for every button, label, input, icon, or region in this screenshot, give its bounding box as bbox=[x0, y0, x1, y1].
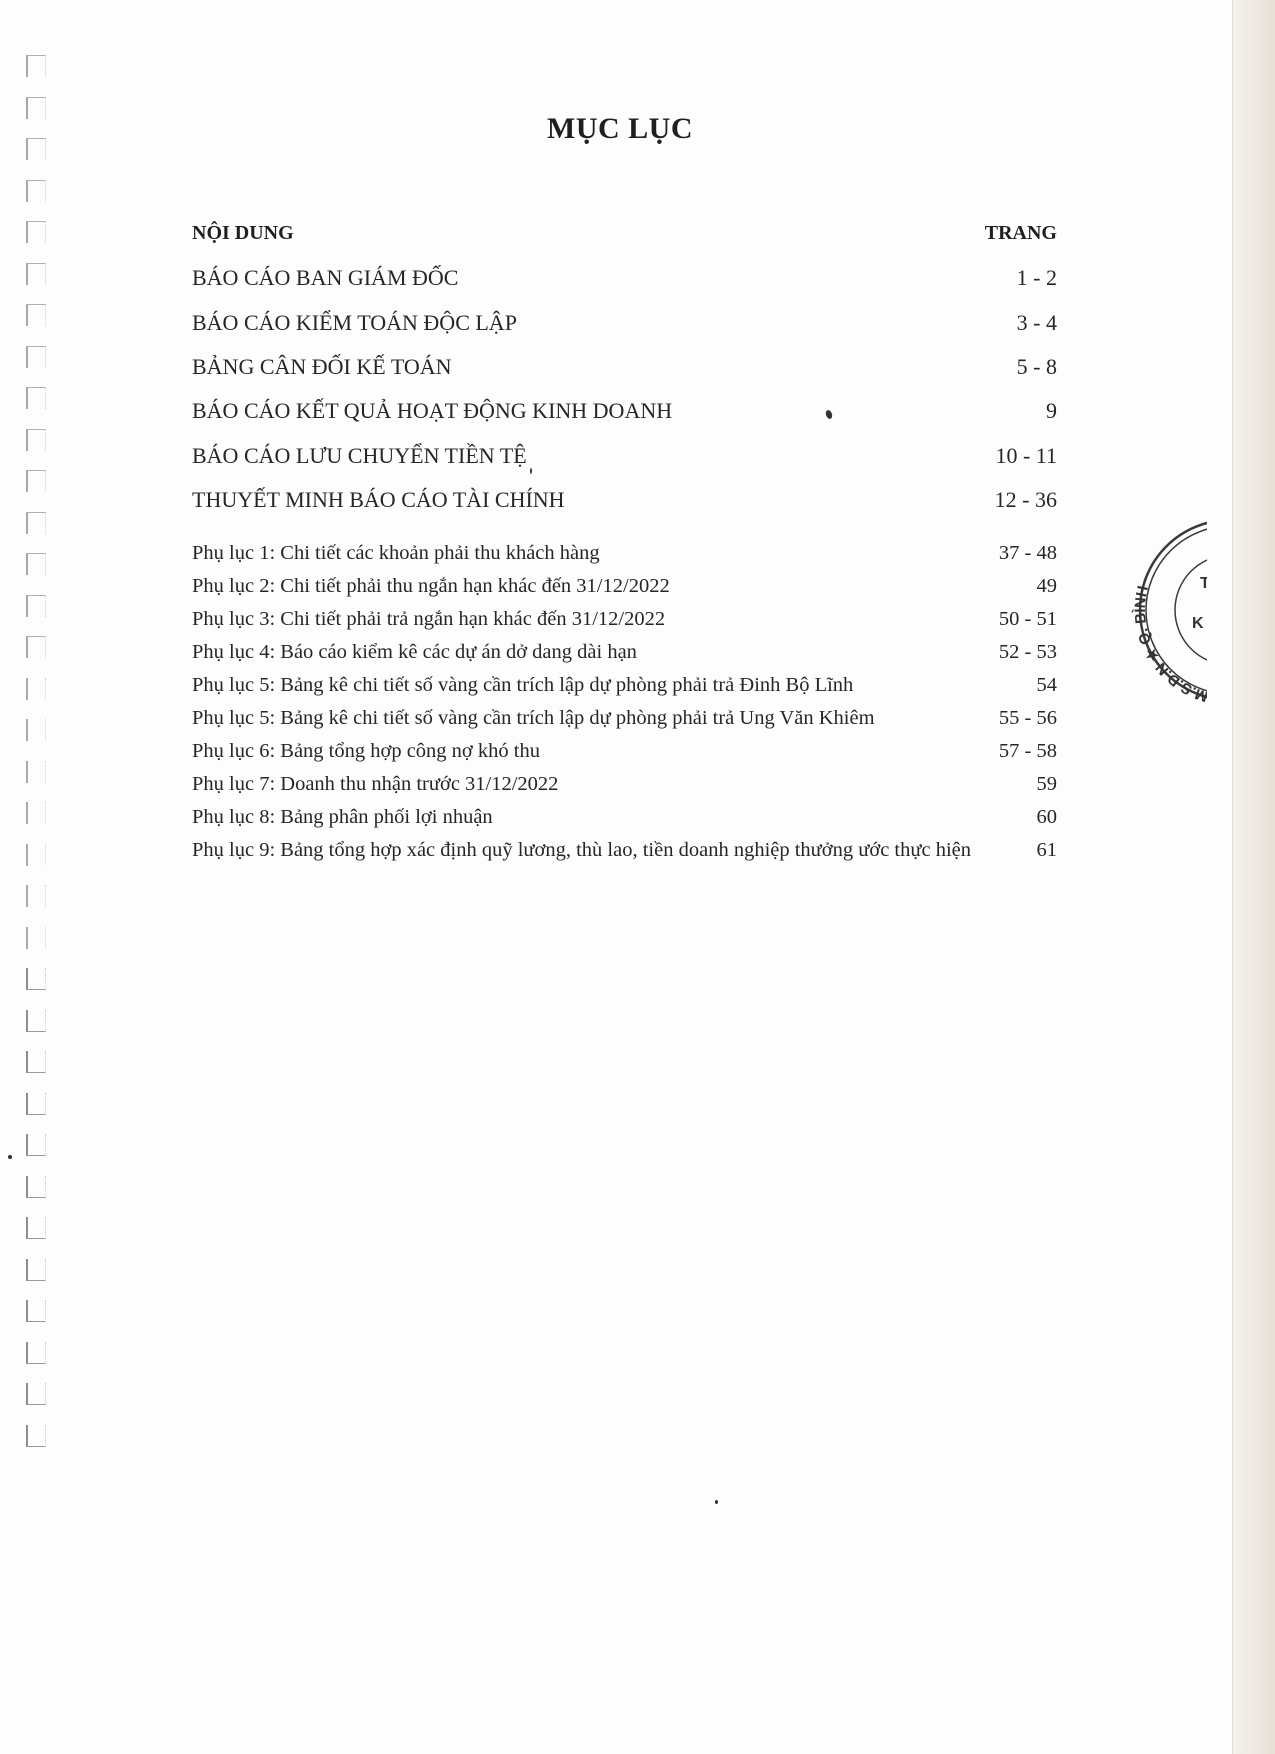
binding-hole-mark bbox=[26, 719, 46, 741]
page-title: MỤC LỤC bbox=[0, 112, 1240, 146]
toc-entry-pages: 49 bbox=[1037, 575, 1058, 598]
toc-entry-label: Phụ lục 1: Chi tiết các khoản phải thu k… bbox=[192, 542, 600, 565]
toc-entry-pages: 50 - 51 bbox=[999, 608, 1057, 631]
binding-hole-mark bbox=[26, 595, 46, 617]
binding-hole-mark bbox=[26, 1259, 46, 1281]
toc-entry-label: Phụ lục 4: Báo cáo kiểm kê các dự án dở … bbox=[192, 641, 637, 664]
binding-hole-mark bbox=[26, 1176, 46, 1198]
toc-entry-pages: 52 - 53 bbox=[999, 641, 1057, 664]
svg-text:M.S.D.N ★ Q. BÌNH: M.S.D.N ★ Q. BÌNH bbox=[1132, 584, 1207, 705]
toc-entry-label: Phụ lục 3: Chi tiết phải trả ngắn hạn kh… bbox=[192, 608, 665, 631]
toc-entry-pages: 10 - 11 bbox=[995, 443, 1057, 469]
toc-header: NỘI DUNG TRANG bbox=[192, 222, 1057, 245]
binding-hole-mark bbox=[26, 844, 46, 866]
content-column-label: NỘI DUNG bbox=[192, 222, 294, 245]
binding-hole-mark bbox=[26, 180, 46, 202]
toc-entry: Phụ lục 7: Doanh thu nhận trước 31/12/20… bbox=[192, 773, 1057, 796]
binding-hole-mark bbox=[26, 221, 46, 243]
toc-entry: THUYẾT MINH BÁO CÁO TÀI CHÍNH12 - 36 bbox=[192, 487, 1057, 513]
toc-entry: Phụ lục 8: Bảng phân phối lợi nhuận60 bbox=[192, 806, 1057, 829]
toc-entry: Phụ lục 5: Bảng kê chi tiết số vàng cần … bbox=[192, 674, 1057, 697]
toc-entry: BÁO CÁO BAN GIÁM ĐỐC1 - 2 bbox=[192, 265, 1057, 291]
toc-entry: Phụ lục 1: Chi tiết các khoản phải thu k… bbox=[192, 542, 1057, 565]
toc-entry-pages: 9 bbox=[1046, 398, 1057, 424]
toc-entry-label: Phụ lục 2: Chi tiết phải thu ngắn hạn kh… bbox=[192, 575, 670, 598]
toc-entry-label: Phụ lục 5: Bảng kê chi tiết số vàng cần … bbox=[192, 674, 853, 697]
toc-entry-label: BÁO CÁO KẾT QUẢ HOẠT ĐỘNG KINH DOANH bbox=[192, 398, 672, 424]
toc-entry: Phụ lục 9: Bảng tổng hợp xác định quỹ lư… bbox=[192, 839, 1057, 862]
toc-entry: Phụ lục 3: Chi tiết phải trả ngắn hạn kh… bbox=[192, 608, 1057, 631]
binding-hole-mark bbox=[26, 512, 46, 534]
page-column-label: TRANG bbox=[985, 222, 1057, 245]
toc-entry-pages: 3 - 4 bbox=[1017, 310, 1057, 336]
binding-hole-mark bbox=[26, 678, 46, 700]
binding-hole-mark bbox=[26, 1383, 46, 1405]
toc-entry: Phụ lục 4: Báo cáo kiểm kê các dự án dở … bbox=[192, 641, 1057, 664]
toc-entry-label: BÁO CÁO LƯU CHUYỂN TIỀN TỆ bbox=[192, 443, 527, 469]
toc-entry: BÁO CÁO KIỂM TOÁN ĐỘC LẬP3 - 4 bbox=[192, 310, 1057, 336]
binding-hole-mark bbox=[26, 470, 46, 492]
binding-hole-mark bbox=[26, 1342, 46, 1364]
toc-entry-pages: 60 bbox=[1037, 806, 1058, 829]
binding-hole-mark bbox=[26, 968, 46, 990]
binding-hole-mark bbox=[26, 1134, 46, 1156]
toc-entry: BÁO CÁO KẾT QUẢ HOẠT ĐỘNG KINH DOANH9 bbox=[192, 398, 1057, 424]
scan-edge-shadow bbox=[1232, 0, 1275, 1754]
stamp-seal-icon: M.S.D.N ★ Q. BÌNH T K bbox=[1130, 500, 1207, 720]
toc-entry: Phụ lục 5: Bảng kê chi tiết số vàng cần … bbox=[192, 707, 1057, 730]
binding-hole-mark bbox=[26, 802, 46, 824]
binding-hole-mark bbox=[26, 55, 46, 77]
toc-entry: Phụ lục 6: Bảng tổng hợp công nợ khó thu… bbox=[192, 740, 1057, 763]
toc-entry: Phụ lục 2: Chi tiết phải thu ngắn hạn kh… bbox=[192, 575, 1057, 598]
binding-hole-mark bbox=[26, 1093, 46, 1115]
scan-speck bbox=[8, 1155, 12, 1159]
toc-entry-label: Phụ lục 7: Doanh thu nhận trước 31/12/20… bbox=[192, 773, 558, 796]
toc-entry-pages: 5 - 8 bbox=[1017, 354, 1057, 380]
scan-speck bbox=[530, 468, 532, 474]
scan-speck bbox=[715, 1500, 718, 1504]
toc-entry-label: Phụ lục 8: Bảng phân phối lợi nhuận bbox=[192, 806, 493, 829]
svg-text:T: T bbox=[1200, 575, 1207, 592]
binding-hole-mark bbox=[26, 1425, 46, 1447]
toc-entry: BẢNG CÂN ĐỐI KẾ TOÁN5 - 8 bbox=[192, 354, 1057, 380]
binding-hole-mark bbox=[26, 304, 46, 326]
svg-text:K: K bbox=[1192, 615, 1204, 632]
toc-entry-label: BẢNG CÂN ĐỐI KẾ TOÁN bbox=[192, 354, 452, 380]
toc-entry-label: Phụ lục 9: Bảng tổng hợp xác định quỹ lư… bbox=[192, 839, 971, 862]
toc-entry-pages: 55 - 56 bbox=[999, 707, 1057, 730]
binding-hole-mark bbox=[26, 1300, 46, 1322]
toc-entry-pages: 54 bbox=[1037, 674, 1058, 697]
toc-entry-label: THUYẾT MINH BÁO CÁO TÀI CHÍNH bbox=[192, 487, 565, 513]
binding-hole-mark bbox=[26, 1010, 46, 1032]
company-stamp: M.S.D.N ★ Q. BÌNH T K bbox=[1130, 500, 1207, 720]
toc-entry-pages: 61 bbox=[1037, 839, 1058, 862]
toc-entry-pages: 57 - 58 bbox=[999, 740, 1057, 763]
toc-entry-label: BÁO CÁO BAN GIÁM ĐỐC bbox=[192, 265, 458, 291]
binding-hole-mark bbox=[26, 553, 46, 575]
binding-hole-mark bbox=[26, 346, 46, 368]
toc-entry-pages: 37 - 48 bbox=[999, 542, 1057, 565]
toc-entry: BÁO CÁO LƯU CHUYỂN TIỀN TỆ10 - 11 bbox=[192, 443, 1057, 469]
binding-hole-mark bbox=[26, 429, 46, 451]
toc-entry-pages: 1 - 2 bbox=[1017, 265, 1057, 291]
binding-hole-mark bbox=[26, 387, 46, 409]
binding-hole-mark bbox=[26, 761, 46, 783]
binding-hole-mark bbox=[26, 636, 46, 658]
binding-hole-mark bbox=[26, 885, 46, 907]
binding-hole-mark bbox=[26, 1217, 46, 1239]
toc-entry-label: BÁO CÁO KIỂM TOÁN ĐỘC LẬP bbox=[192, 310, 517, 336]
toc-entry-label: Phụ lục 6: Bảng tổng hợp công nợ khó thu bbox=[192, 740, 540, 763]
toc-entry-label: Phụ lục 5: Bảng kê chi tiết số vàng cần … bbox=[192, 707, 875, 730]
toc-entry-pages: 59 bbox=[1037, 773, 1058, 796]
binding-hole-mark bbox=[26, 263, 46, 285]
binding-hole-mark bbox=[26, 1051, 46, 1073]
binding-hole-mark bbox=[26, 927, 46, 949]
toc-entry-pages: 12 - 36 bbox=[995, 487, 1057, 513]
